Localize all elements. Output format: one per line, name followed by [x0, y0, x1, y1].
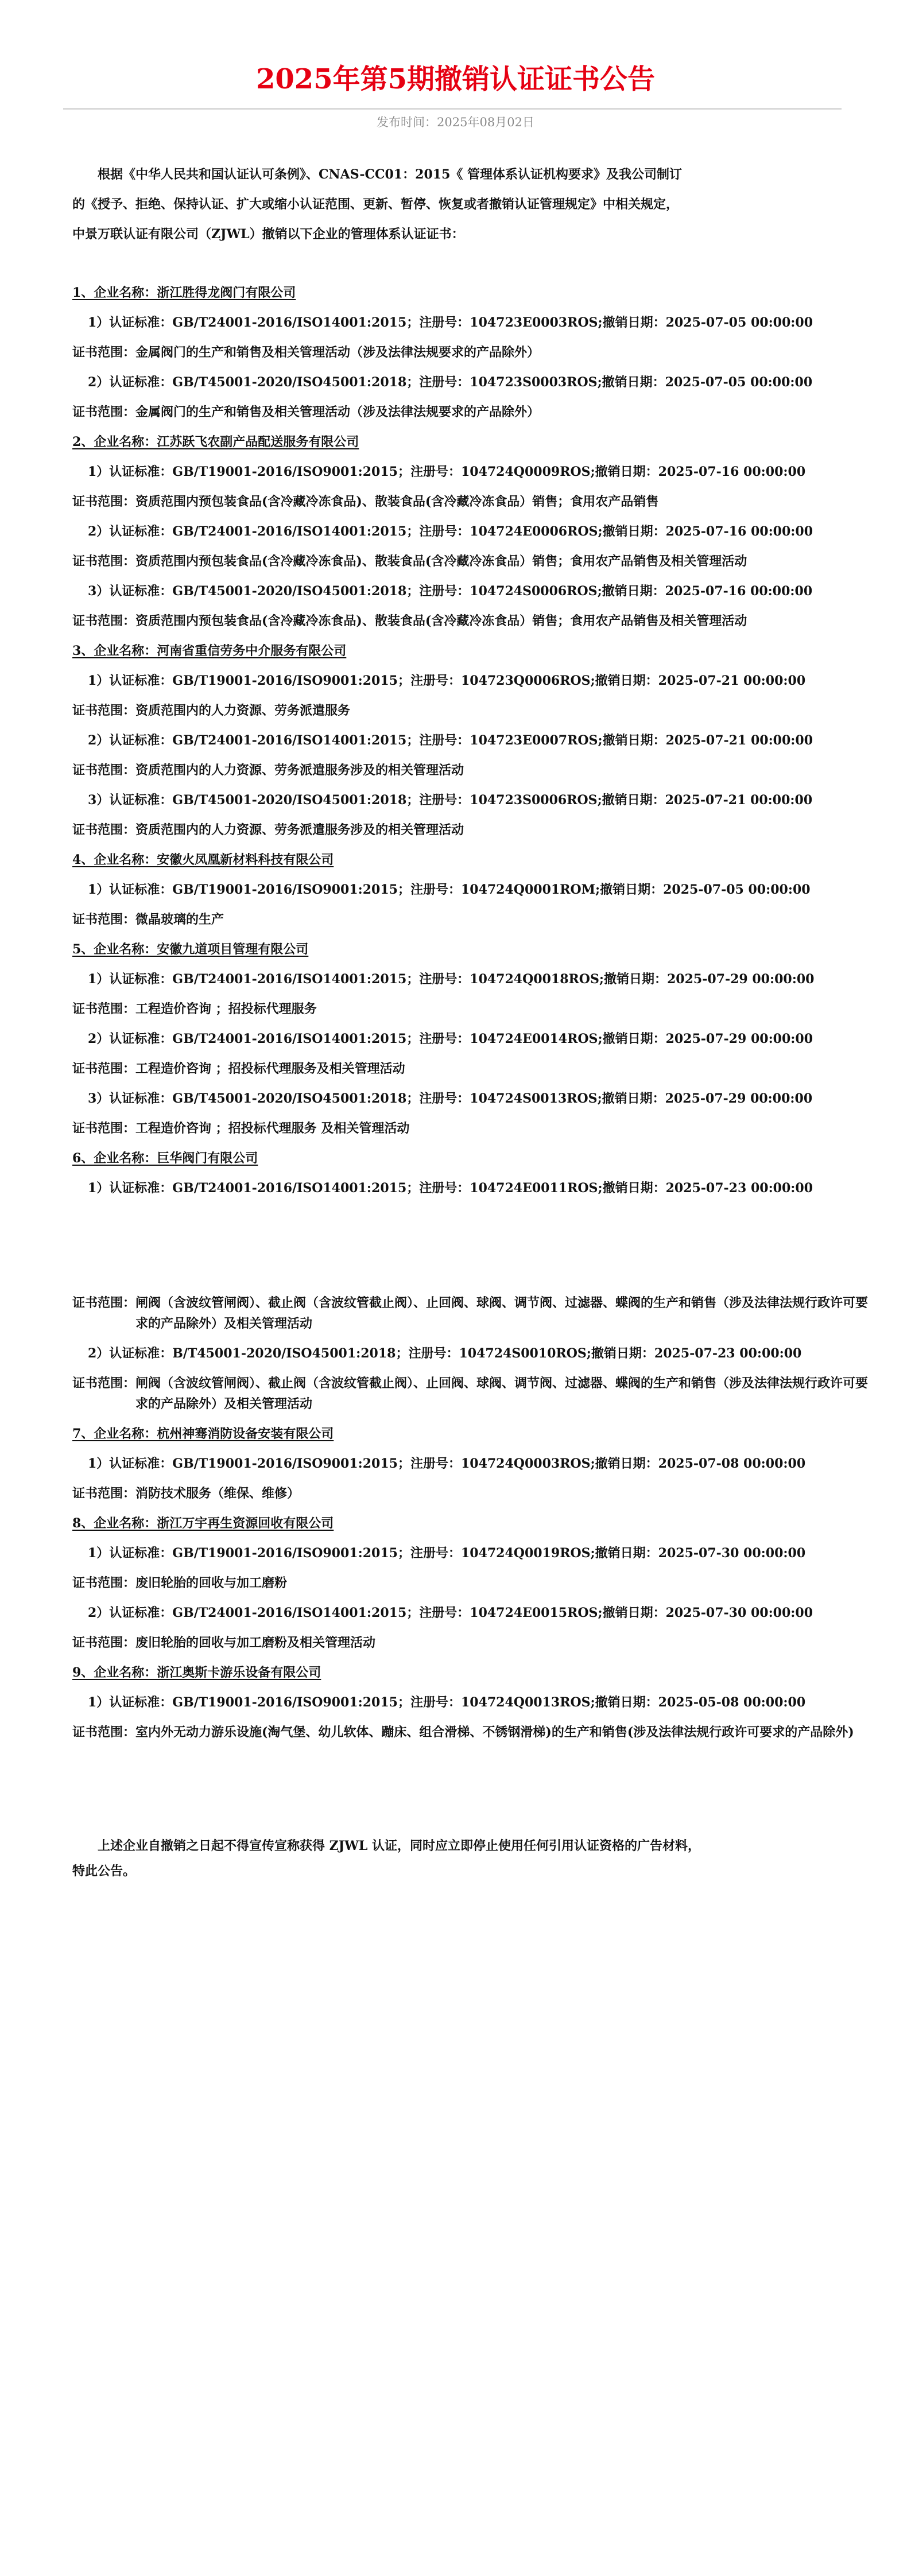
intro-paragraph: 根据《中华人民共和国认证认可条例》、CNAS-CC01：2015《 管理体系认证… [72, 160, 876, 249]
cert-line: 2）认证标准：GB/T24001-2016/ISO14001:2015；注册号：… [72, 1024, 876, 1054]
company-name: 3、企业名称：河南省重信劳务中介服务有限公司 [72, 636, 876, 666]
cert-line: 1）认证标准：GB/T24001-2016/ISO14001:2015；注册号：… [72, 308, 876, 337]
scope-label: 证书范围： [72, 397, 135, 427]
company-block: 2、企业名称：江苏跃飞农副产品配送服务有限公司 1）认证标准：GB/T19001… [72, 427, 876, 636]
intro-line-3: 中景万联认证有限公司（ZJWL）撤销以下企业的管理体系认证证书： [72, 219, 876, 249]
cert-scope: 证书范围：闸阀（含波纹管闸阀）、截止阀（含波纹管截止阀）、止回阀、球阀、调节阀、… [72, 1288, 876, 1339]
scope-label: 证书范围： [72, 696, 135, 726]
scope-label: 证书范围： [72, 1288, 135, 1339]
intro-line-1: 根据《中华人民共和国认证认可条例》、CNAS-CC01：2015《 管理体系认证… [72, 160, 876, 189]
company-name: 8、企业名称：浙江万宇再生资源回收有限公司 [72, 1508, 876, 1538]
scope-value: 微晶玻璃的生产 [135, 905, 876, 934]
company-name: 2、企业名称：江苏跃飞农副产品配送服务有限公司 [72, 427, 876, 457]
scope-value: 资质范围内的人力资源、劳务派遣服务 [135, 696, 876, 726]
cert-scope: 证书范围：资质范围内预包装食品(含冷藏冷冻食品)、散装食品(含冷藏冷冻食品）销售… [72, 606, 876, 636]
closing-line-2: 特此公告。 [72, 1859, 876, 1884]
cert-line: 3）认证标准：GB/T45001-2020/ISO45001:2018；注册号：… [72, 576, 876, 606]
company-name: 9、企业名称：浙江奥斯卡游乐设备有限公司 [72, 1658, 876, 1687]
intro-line-2: 的《授予、拒绝、保持认证、扩大或缩小认证范围、更新、暂停、恢复或者撤销认证管理规… [72, 189, 876, 219]
cert-scope: 证书范围：闸阀（含波纹管闸阀）、截止阀（含波纹管截止阀）、止回阀、球阀、调节阀、… [72, 1368, 876, 1419]
scope-value: 工程造价咨询 ；招投标代理服务及相关管理活动 [135, 1054, 876, 1084]
scope-label: 证书范围： [72, 546, 135, 576]
scope-label: 证书范围： [72, 1717, 135, 1747]
company-block: 1、企业名称：浙江胜得龙阀门有限公司 1）认证标准：GB/T24001-2016… [72, 278, 876, 427]
scope-value: 资质范围内预包装食品(含冷藏冷冻食品)、散装食品(含冷藏冷冻食品）销售；食用农产… [135, 546, 876, 576]
cert-line: 1）认证标准：GB/T19001-2016/ISO9001:2015；注册号：1… [72, 666, 876, 696]
scope-value: 废旧轮胎的回收与加工磨粉 [135, 1568, 876, 1598]
scope-label: 证书范围： [72, 1568, 135, 1598]
scope-label: 证书范围： [72, 1479, 135, 1508]
cert-line: 1）认证标准：GB/T19001-2016/ISO9001:2015；注册号：1… [72, 1538, 876, 1568]
company-block: 5、企业名称：安徽九道项目管理有限公司 1）认证标准：GB/T24001-201… [72, 934, 876, 1143]
scope-value: 室内外无动力游乐设施(淘气堡、幼儿软体、蹦床、组合滑梯、不锈钢滑梯)的生产和销售… [135, 1717, 876, 1747]
company-block: 7、企业名称：杭州神骞消防设备安装有限公司 1）认证标准：GB/T19001-2… [72, 1419, 876, 1508]
company-name: 5、企业名称：安徽九道项目管理有限公司 [72, 934, 876, 964]
scope-label: 证书范围： [72, 1114, 135, 1143]
scope-label: 证书范围： [72, 606, 135, 636]
cert-scope: 证书范围：废旧轮胎的回收与加工磨粉及相关管理活动 [72, 1628, 876, 1658]
publish-date: 发布时间：2025年08月02日 [0, 112, 911, 132]
scope-value: 消防技术服务（维保、维修） [135, 1479, 876, 1508]
cert-line: 2）认证标准：B/T45001-2020/ISO45001:2018；注册号：1… [72, 1339, 876, 1368]
company-block: 6、企业名称：巨华阀门有限公司 1）认证标准：GB/T24001-2016/IS… [72, 1143, 876, 1419]
scope-label: 证书范围： [72, 337, 135, 367]
company-block: 8、企业名称：浙江万宇再生资源回收有限公司 1）认证标准：GB/T19001-2… [72, 1508, 876, 1658]
cert-line: 1）认证标准：GB/T19001-2016/ISO9001:2015；注册号：1… [72, 875, 876, 905]
scope-label: 证书范围： [72, 1628, 135, 1658]
cert-scope: 证书范围：资质范围内的人力资源、劳务派遣服务涉及的相关管理活动 [72, 755, 876, 785]
page-title: 2025年第5期撤销认证证书公告 [0, 62, 911, 96]
scope-label: 证书范围： [72, 815, 135, 845]
cert-line: 2）认证标准：GB/T24001-2016/ISO14001:2015；注册号：… [72, 726, 876, 755]
cert-line: 2）认证标准：GB/T24001-2016/ISO14001:2015；注册号：… [72, 1598, 876, 1628]
scope-value: 闸阀（含波纹管闸阀）、截止阀（含波纹管截止阀）、止回阀、球阀、调节阀、过滤器、蝶… [135, 1368, 876, 1419]
cert-scope: 证书范围：资质范围内的人力资源、劳务派遣服务涉及的相关管理活动 [72, 815, 876, 845]
scope-value: 废旧轮胎的回收与加工磨粉及相关管理活动 [135, 1628, 876, 1658]
scope-label: 证书范围： [72, 1054, 135, 1084]
company-block: 9、企业名称：浙江奥斯卡游乐设备有限公司 1）认证标准：GB/T19001-20… [72, 1658, 876, 1747]
cert-scope: 证书范围：工程造价咨询 ；招投标代理服务 [72, 994, 876, 1024]
cert-line: 3）认证标准：GB/T45001-2020/ISO45001:2018；注册号：… [72, 1084, 876, 1114]
cert-scope: 证书范围：消防技术服务（维保、维修） [72, 1479, 876, 1508]
cert-line: 1）认证标准：GB/T24001-2016/ISO14001:2015；注册号：… [72, 964, 876, 994]
company-name: 4、企业名称：安徽火凤凰新材料科技有限公司 [72, 845, 876, 875]
cert-scope: 证书范围：资质范围内预包装食品(含冷藏冷冻食品)、散装食品(含冷藏冷冻食品）销售… [72, 546, 876, 576]
company-name: 1、企业名称：浙江胜得龙阀门有限公司 [72, 278, 876, 308]
announcement-body: 根据《中华人民共和国认证认可条例》、CNAS-CC01：2015《 管理体系认证… [72, 160, 876, 1884]
scope-value: 闸阀（含波纹管闸阀）、截止阀（含波纹管截止阀）、止回阀、球阀、调节阀、过滤器、蝶… [135, 1288, 876, 1339]
scope-value: 工程造价咨询 ；招投标代理服务 及相关管理活动 [135, 1114, 876, 1143]
company-name: 6、企业名称：巨华阀门有限公司 [72, 1143, 876, 1173]
cert-line: 1）认证标准：GB/T19001-2016/ISO9001:2015；注册号：1… [72, 1449, 876, 1479]
scope-value: 资质范围内预包装食品(含冷藏冷冻食品)、散装食品(含冷藏冷冻食品）销售；食用农产… [135, 606, 876, 636]
cert-line: 3）认证标准：GB/T45001-2020/ISO45001:2018；注册号：… [72, 785, 876, 815]
scope-value: 工程造价咨询 ；招投标代理服务 [135, 994, 876, 1024]
scope-label: 证书范围： [72, 1368, 135, 1419]
cert-scope: 证书范围：工程造价咨询 ；招投标代理服务及相关管理活动 [72, 1054, 876, 1084]
scope-label: 证书范围： [72, 487, 135, 517]
company-name: 7、企业名称：杭州神骞消防设备安装有限公司 [72, 1419, 876, 1449]
cert-line: 1）认证标准：GB/T24001-2016/ISO14001:2015；注册号：… [72, 1173, 876, 1203]
cert-scope: 证书范围：资质范围内的人力资源、劳务派遣服务 [72, 696, 876, 726]
cert-line: 2）认证标准：GB/T45001-2020/ISO45001:2018；注册号：… [72, 367, 876, 397]
scope-label: 证书范围： [72, 755, 135, 785]
company-block: 3、企业名称：河南省重信劳务中介服务有限公司 1）认证标准：GB/T19001-… [72, 636, 876, 845]
cert-line: 1）认证标准：GB/T19001-2016/ISO9001:2015；注册号：1… [72, 1687, 876, 1717]
cert-scope: 证书范围：室内外无动力游乐设施(淘气堡、幼儿软体、蹦床、组合滑梯、不锈钢滑梯)的… [72, 1717, 876, 1747]
scope-value: 资质范围内的人力资源、劳务派遣服务涉及的相关管理活动 [135, 815, 876, 845]
cert-scope: 证书范围：金属阀门的生产和销售及相关管理活动（涉及法律法规要求的产品除外） [72, 397, 876, 427]
cert-scope: 证书范围：资质范围内预包装食品(含冷藏冷冻食品)、散装食品(含冷藏冷冻食品）销售… [72, 487, 876, 517]
scope-value: 金属阀门的生产和销售及相关管理活动（涉及法律法规要求的产品除外） [135, 397, 876, 427]
closing-paragraph: 上述企业自撤销之日起不得宣传宣称获得 ZJWL 认证，同时应立即停止使用任何引用… [72, 1833, 876, 1884]
company-block: 4、企业名称：安徽火凤凰新材料科技有限公司 1）认证标准：GB/T19001-2… [72, 845, 876, 934]
scope-value: 资质范围内的人力资源、劳务派遣服务涉及的相关管理活动 [135, 755, 876, 785]
cert-scope: 证书范围：工程造价咨询 ；招投标代理服务 及相关管理活动 [72, 1114, 876, 1143]
scope-label: 证书范围： [72, 905, 135, 934]
cert-scope: 证书范围：金属阀门的生产和销售及相关管理活动（涉及法律法规要求的产品除外） [72, 337, 876, 367]
spacer [72, 1203, 876, 1288]
spacer [72, 249, 876, 278]
scope-value: 资质范围内预包装食品(含冷藏冷冻食品)、散装食品(含冷藏冷冻食品）销售；食用农产… [135, 487, 876, 517]
scope-value: 金属阀门的生产和销售及相关管理活动（涉及法律法规要求的产品除外） [135, 337, 876, 367]
closing-line-1: 上述企业自撤销之日起不得宣传宣称获得 ZJWL 认证，同时应立即停止使用任何引用… [72, 1833, 876, 1859]
cert-line: 2）认证标准：GB/T24001-2016/ISO14001:2015；注册号：… [72, 517, 876, 546]
cert-scope: 证书范围：微晶玻璃的生产 [72, 905, 876, 934]
scope-label: 证书范围： [72, 994, 135, 1024]
cert-line: 1）认证标准：GB/T19001-2016/ISO9001:2015；注册号：1… [72, 457, 876, 487]
title-divider [63, 108, 842, 110]
spacer [72, 1747, 876, 1833]
cert-scope: 证书范围：废旧轮胎的回收与加工磨粉 [72, 1568, 876, 1598]
